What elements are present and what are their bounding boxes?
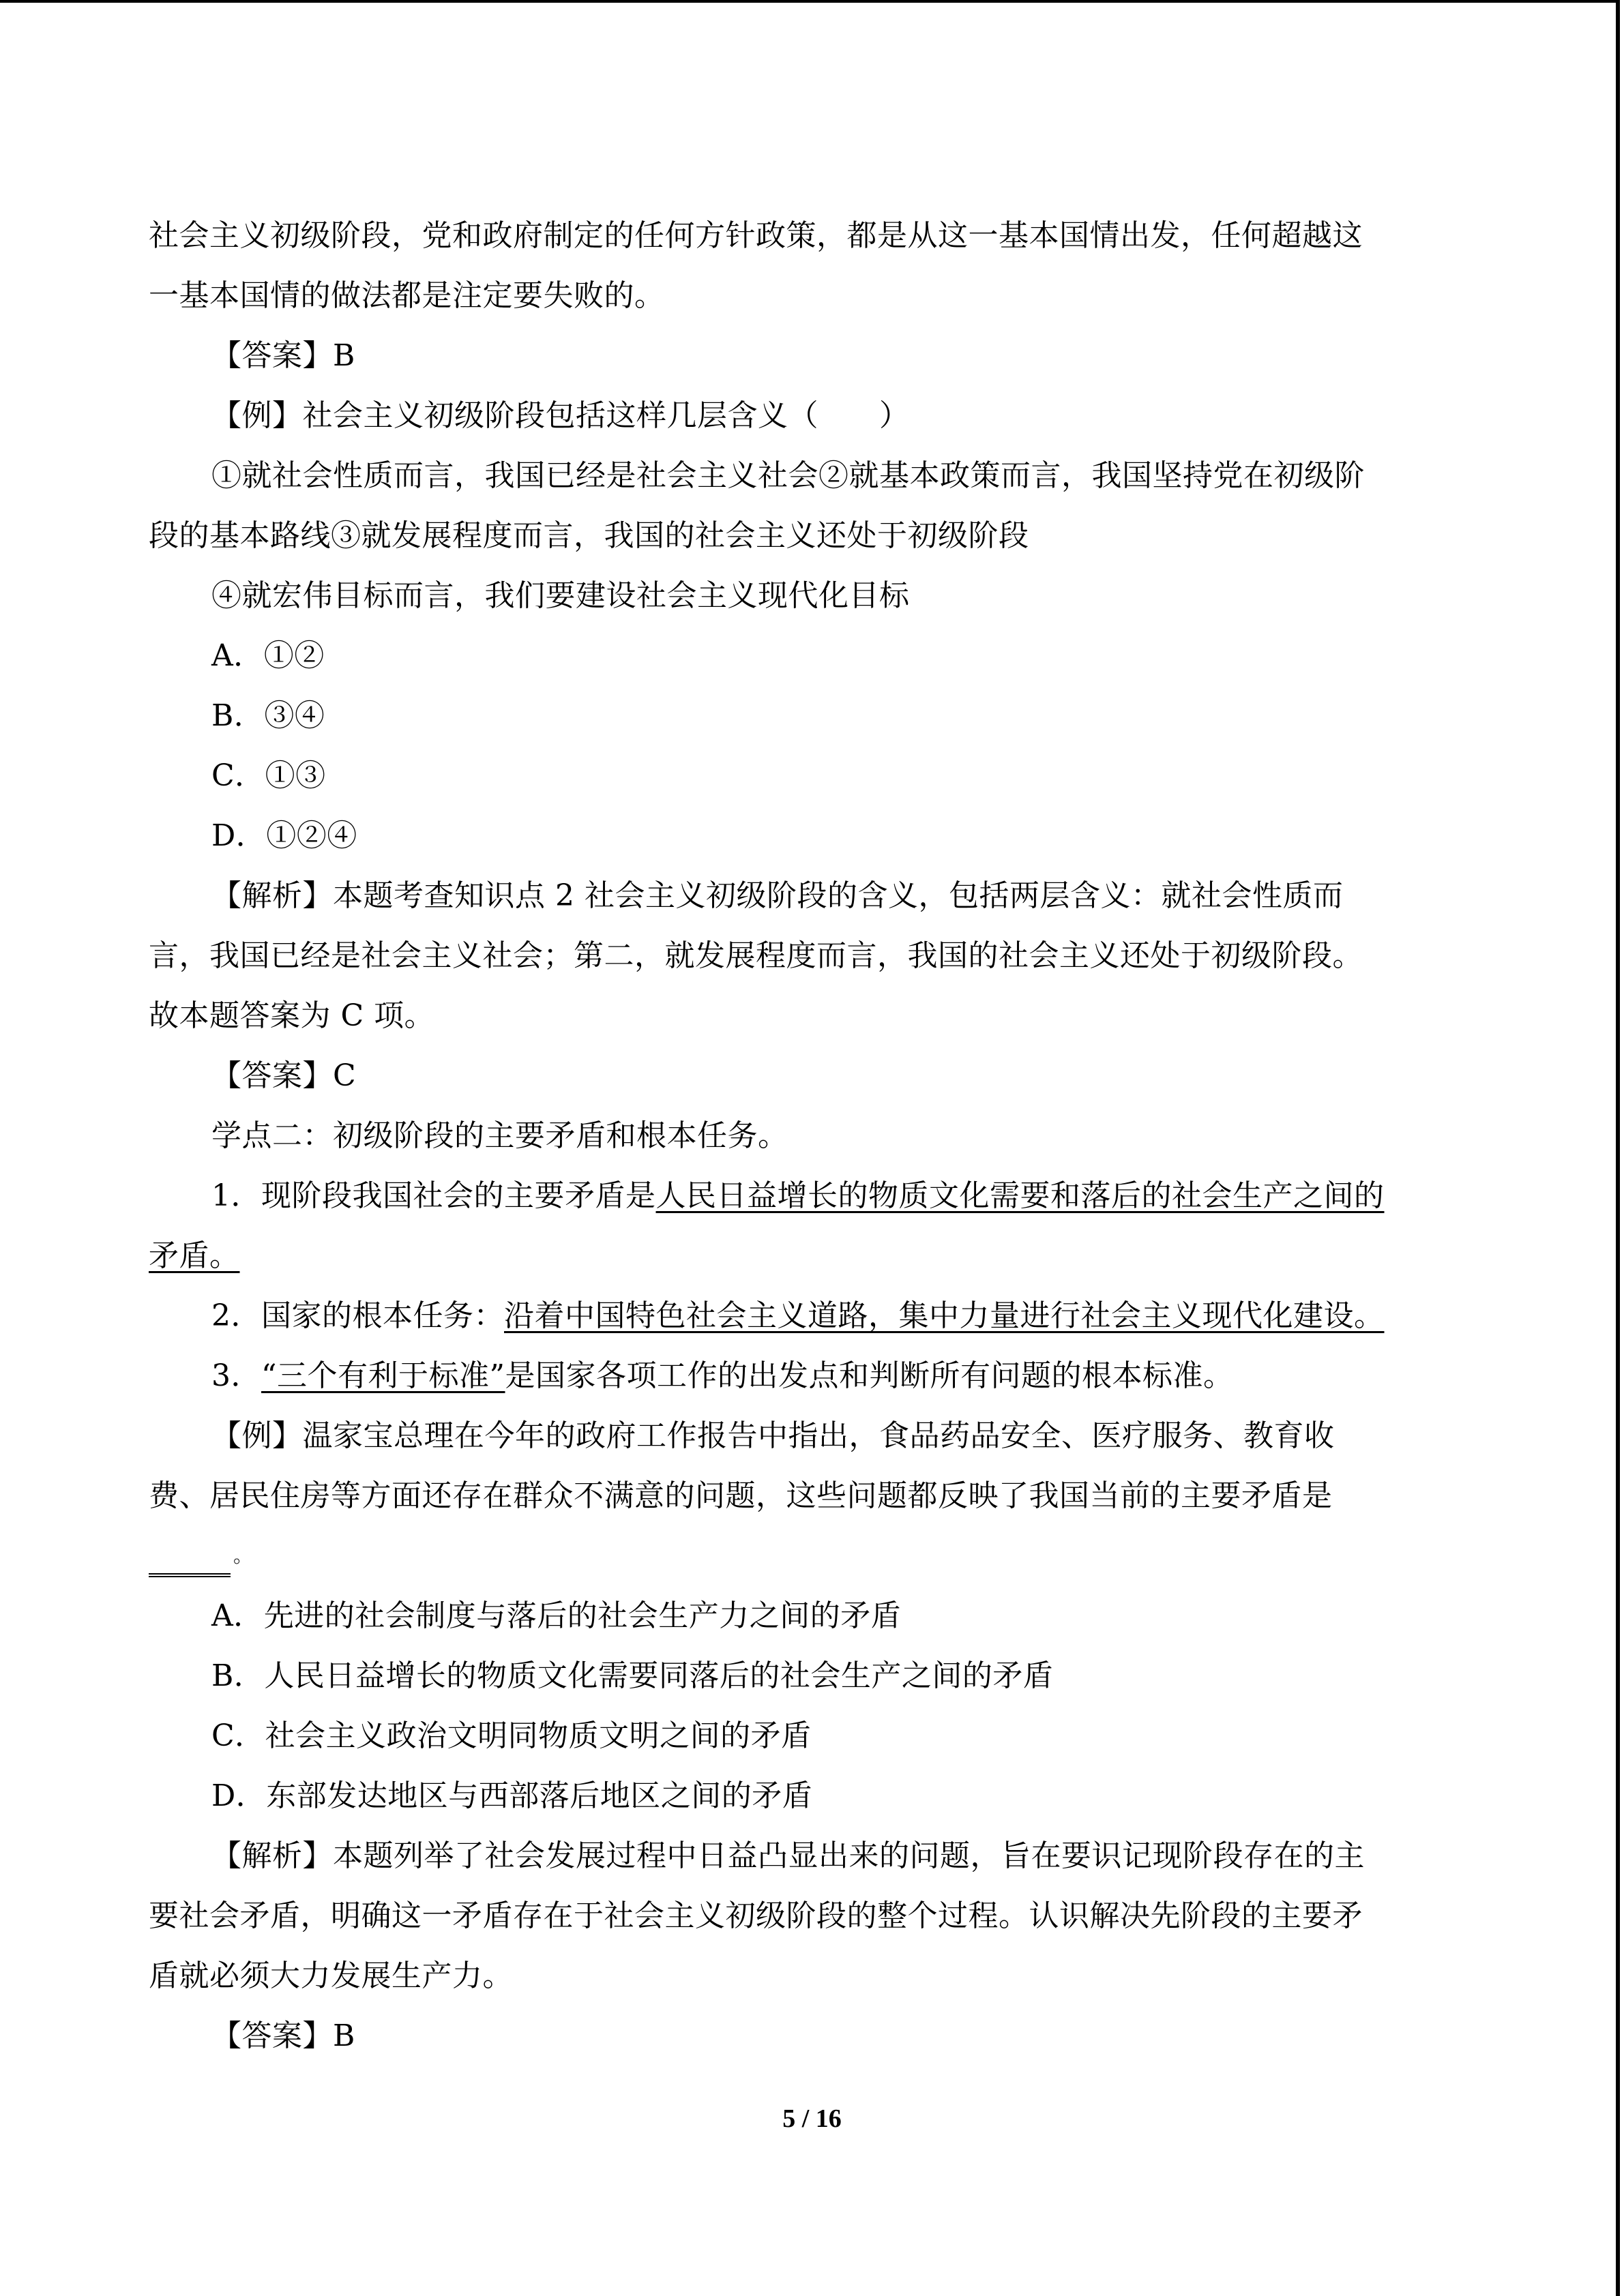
analysis-line: 【解析】本题考查知识点 2 社会主义初级阶段的含义，包括两层含义：就社会性质而 — [149, 866, 1473, 926]
paragraph-line: 一基本国情的做法都是注定要失败的。 — [149, 266, 1473, 326]
analysis-line: 要社会矛盾，明确这一矛盾存在于社会主义初级阶段的整个过程。认识解决先阶段的主要矛 — [149, 1886, 1473, 1946]
option-b: B．人民日益增长的物质文化需要同落后的社会生产之间的矛盾 — [149, 1646, 1473, 1706]
point-2-underlined: 沿着中国特色社会主义道路，集中力量进行社会主义现代化建设。 — [504, 1298, 1385, 1333]
point-3-suffix: 是国家各项工作的出发点和判断所有问题的根本标准。 — [505, 1358, 1234, 1393]
page-number: 5 / 16 — [0, 2104, 1624, 2134]
point-1-underlined: 人民日益增长的物质文化需要和落后的社会生产之间的 — [656, 1178, 1385, 1213]
statement-line: ①就社会性质而言，我国已经是社会主义社会②就基本政策而言，我国坚持党在初级阶 — [149, 446, 1473, 506]
example-question: 【例】社会主义初级阶段包括这样几层含义（ ） — [149, 386, 1473, 446]
option-d: D．东部发达地区与西部落后地区之间的矛盾 — [149, 1766, 1473, 1826]
paragraph-line: 社会主义初级阶段，党和政府制定的任何方针政策，都是从这一基本国情出发，任何超越这 — [149, 206, 1473, 266]
option-c: C．社会主义政治文明同物质文明之间的矛盾 — [149, 1706, 1473, 1766]
option-d: D．①②④ — [149, 806, 1473, 866]
option-c: C．①③ — [149, 746, 1473, 806]
point-2: 2．国家的根本任务：沿着中国特色社会主义道路，集中力量进行社会主义现代化建设。 — [149, 1286, 1473, 1346]
analysis-line: 故本题答案为 C 项。 — [149, 986, 1473, 1046]
example-question: 费、居民住房等方面还存在群众不满意的问题，这些问题都反映了我国当前的主要矛盾是 — [149, 1466, 1473, 1526]
document-body: 社会主义初级阶段，党和政府制定的任何方针政策，都是从这一基本国情出发，任何超越这… — [149, 206, 1473, 2066]
point-3-prefix: 3． — [211, 1358, 261, 1393]
point-1: 1．现阶段我国社会的主要矛盾是人民日益增长的物质文化需要和落后的社会生产之间的 — [149, 1166, 1473, 1226]
point-2-prefix: 2．国家的根本任务： — [211, 1298, 504, 1333]
section-heading: 学点二：初级阶段的主要矛盾和根本任务。 — [149, 1106, 1473, 1166]
point-3: 3．“三个有利于标准”是国家各项工作的出发点和判断所有问题的根本标准。 — [149, 1346, 1473, 1406]
fill-in-blank — [149, 1573, 231, 1577]
blank-suffix: 。 — [233, 1545, 253, 1567]
point-1-prefix: 1．现阶段我国社会的主要矛盾是 — [211, 1178, 656, 1213]
answer-label: 【答案】B — [149, 2006, 1473, 2066]
option-b: B．③④ — [149, 686, 1473, 746]
point-3-underlined: “三个有利于标准” — [261, 1358, 505, 1393]
point-1-underlined-end: 矛盾。 — [149, 1238, 240, 1273]
analysis-line: 盾就必须大力发展生产力。 — [149, 1946, 1473, 2006]
option-a: A．先进的社会制度与落后的社会生产力之间的矛盾 — [149, 1586, 1473, 1646]
fill-blank-line: 。 — [149, 1526, 1473, 1586]
example-question: 【例】温家宝总理在今年的政府工作报告中指出，食品药品安全、医疗服务、教育收 — [149, 1406, 1473, 1466]
answer-label: 【答案】B — [149, 326, 1473, 386]
point-1-continued: 矛盾。 — [149, 1226, 1473, 1286]
analysis-line: 【解析】本题列举了社会发展过程中日益凸显出来的问题，旨在要识记现阶段存在的主 — [149, 1826, 1473, 1886]
statement-line: ④就宏伟目标而言，我们要建设社会主义现代化目标 — [149, 566, 1473, 626]
analysis-line: 言，我国已经是社会主义社会；第二，就发展程度而言，我国的社会主义还处于初级阶段。 — [149, 926, 1473, 986]
answer-label: 【答案】C — [149, 1046, 1473, 1106]
statement-line: 段的基本路线③就发展程度而言，我国的社会主义还处于初级阶段 — [149, 506, 1473, 566]
option-a: A．①② — [149, 626, 1473, 686]
